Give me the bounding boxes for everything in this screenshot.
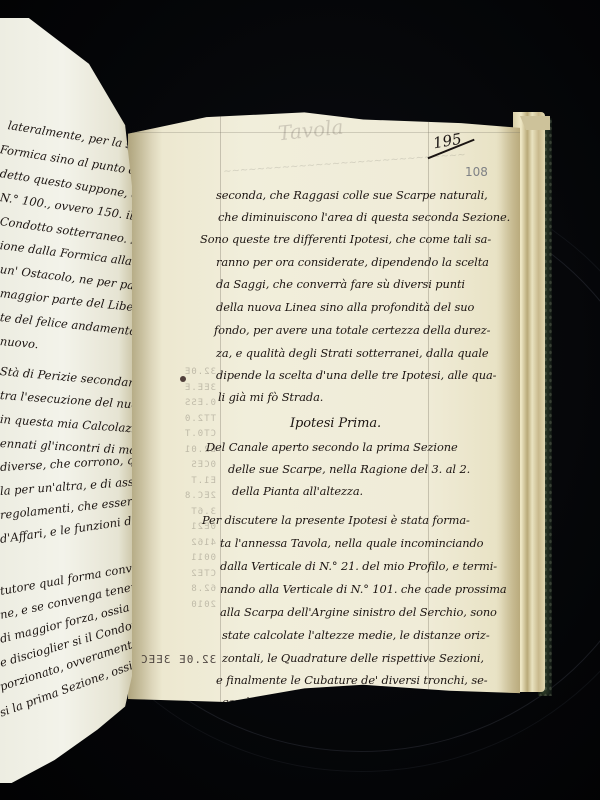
section-subtitle-line: della Pianta all'altezza. bbox=[232, 484, 363, 498]
body-line: che diminuiscono l'area di questa second… bbox=[218, 210, 510, 224]
body-line: da Saggi, che converrà fare sù diversi p… bbox=[216, 277, 465, 291]
ink-blot bbox=[180, 376, 186, 382]
pencil-archive-number: 108 bbox=[465, 165, 488, 179]
body-line: za, e qualità degli Strati sotterranei, … bbox=[216, 346, 489, 360]
body-line: li già mi fò Strada. bbox=[218, 390, 323, 404]
show-through-heading: Tavola bbox=[277, 115, 345, 146]
body-line: dipende la scelta d'una delle tre Ipotes… bbox=[216, 368, 496, 382]
paragraph-line: nando alla Verticale di N.° 101. che cad… bbox=[220, 582, 507, 596]
paragraph-line: e finalmente le Cubature de' diversi tro… bbox=[216, 673, 487, 687]
section-subtitle-line: Del Canale aperto secondo la prima Sezio… bbox=[206, 440, 458, 454]
show-through-figures: 32.0E 3EE.E 0.ESS TT2.0 CT0.T E2.01 0CES… bbox=[156, 365, 216, 613]
paragraph-line: Per discutere la presente Ipotesi è stat… bbox=[202, 513, 470, 527]
paragraph-line: state calcolate l'altezze medie, le dist… bbox=[222, 628, 490, 642]
right-page: Tavola ~~~~~~~~~~~~~~~~~~~~~~~~~~~~~ 32.… bbox=[128, 110, 520, 705]
section-subtitle-line: delle sue Scarpe, nella Ragione del 3. a… bbox=[228, 462, 470, 476]
left-line: nuovo. bbox=[0, 334, 39, 351]
paragraph-line: alla Scarpa dell'Argine sinistro del Ser… bbox=[220, 605, 497, 619]
body-line: della nuova Linea sino alla profondità d… bbox=[216, 300, 474, 314]
body-line: fondo, per avere una totale certezza del… bbox=[214, 323, 490, 337]
body-line: Sono queste tre differenti Ipotesi, che … bbox=[200, 232, 491, 246]
left-page: lateralmente, per la sua con- Formica si… bbox=[0, 18, 132, 783]
paragraph-line: zontali, le Quadrature delle rispettive … bbox=[222, 651, 484, 665]
body-line: seconda, che Raggasi colle sue Scarpe na… bbox=[216, 188, 488, 202]
paragraph-line: ta l'annessa Tavola, nella quale incomin… bbox=[220, 536, 483, 550]
left-line: tra l'esecuzione del nuovo bbox=[0, 388, 152, 413]
paragraph-line: dalla Verticale di N.° 21. del mio Profi… bbox=[220, 559, 497, 573]
show-through-total: 32.0E 3EEC bbox=[140, 653, 216, 666]
show-through-subline: ~~~~~~~~~~~~~~~~~~~~~~~~~~~~~ bbox=[223, 150, 466, 178]
edge-stain bbox=[496, 110, 520, 705]
section-title: Ipotesi Prima. bbox=[290, 416, 381, 431]
paragraph-line: condo le rispettive Sezioni. bbox=[222, 695, 376, 709]
photo-scene: Tavola ~~~~~~~~~~~~~~~~~~~~~~~~~~~~~ 32.… bbox=[0, 0, 600, 800]
body-line: ranno per ora considerate, dipendendo la… bbox=[216, 255, 489, 269]
